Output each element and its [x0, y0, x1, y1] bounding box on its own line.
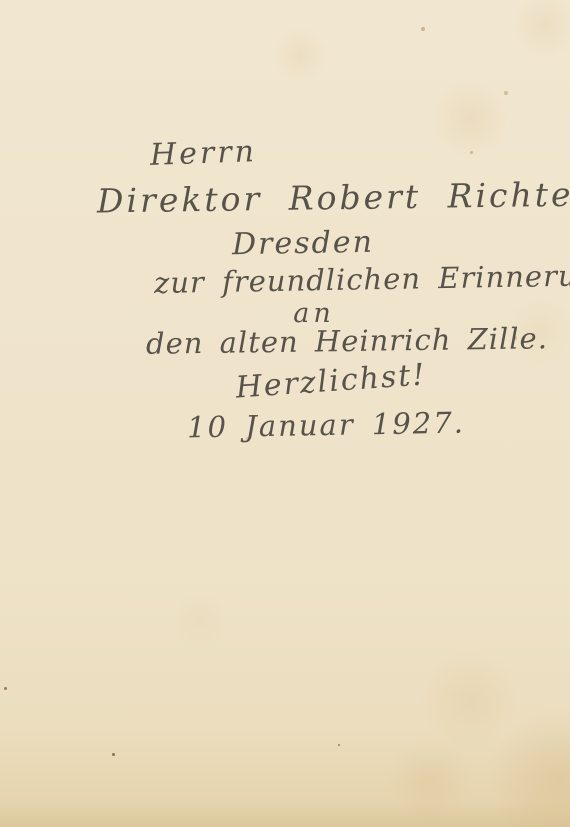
inscription-line-date: 10 Januar 1927. — [187, 406, 465, 445]
inscription-line-salutation: Herrn — [149, 134, 257, 173]
handwritten-dedication: Herrn Direktor Robert Richter Dresden zu… — [0, 0, 570, 827]
inscription-line-closing: Herzlichst! — [235, 357, 428, 405]
inscription-line-dedication: zur freundlichen Erinnerung — [154, 258, 570, 300]
inscription-line-recipient: Direktor Robert Richter — [97, 175, 570, 221]
book-page: Herrn Direktor Robert Richter Dresden zu… — [0, 0, 570, 827]
inscription-line-city: Dresden — [232, 225, 374, 262]
inscription-line-signer: den alten Heinrich Zille. — [146, 321, 548, 361]
